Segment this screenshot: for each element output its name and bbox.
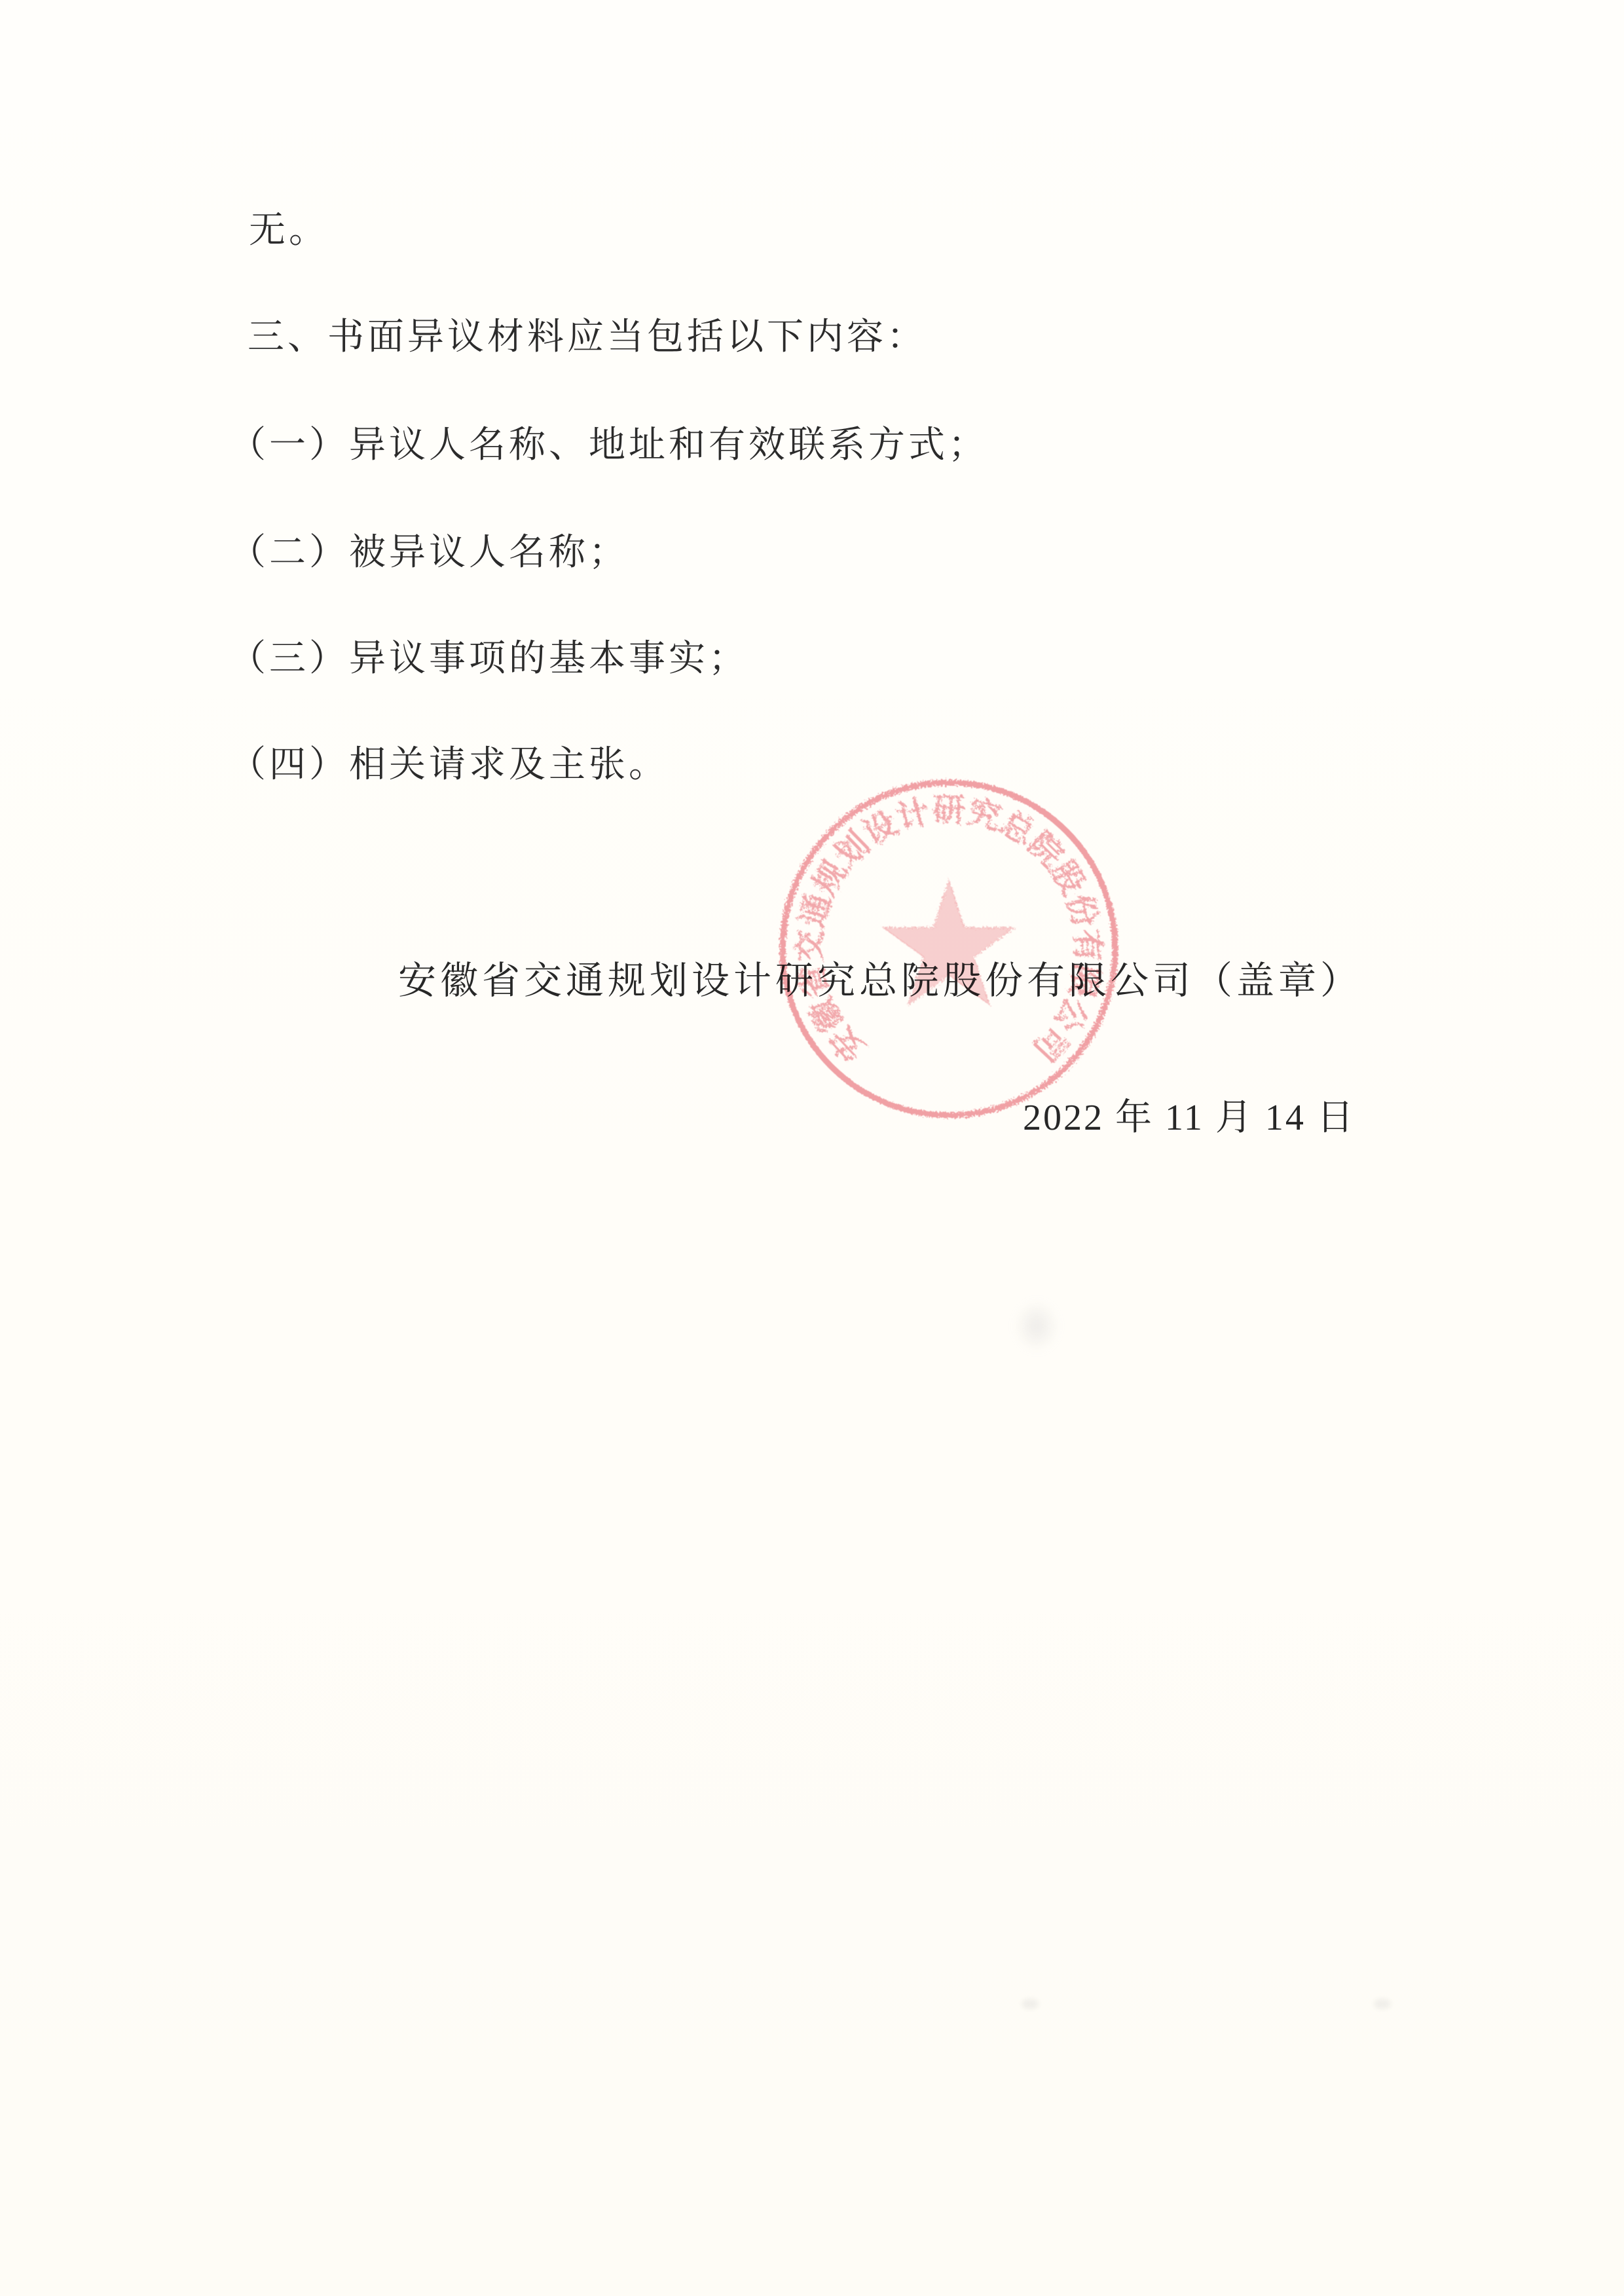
paragraph-section-three-heading: 三、书面异议材料应当包括以下内容： [248,316,927,358]
seal-star-icon [883,880,1014,1005]
scan-smudge-artifact [1014,1300,1060,1352]
seal-arc-character: 有 [1069,929,1106,962]
seal-arc-character: 研 [932,792,965,828]
paragraph-none: 无。 [249,210,329,251]
paragraph-item-four: （四）相关请求及主张。 [229,744,669,786]
scanned-document-page: 无。 三、书面异议材料应当包括以下内容： （一）异议人名称、地址和有效联系方式；… [0,0,1624,2296]
scan-speck-artifact [1022,1999,1039,2009]
company-seal-stamp: 安徽省交通规划设计研究总院股份有限公司 [766,766,1132,1132]
seal-arc-character: 交 [791,929,828,962]
scan-speck-artifact [1374,1999,1391,2009]
paragraph-item-three: （三）异议事项的基本事实； [229,638,748,680]
paragraph-item-two: （二）被异议人名称； [229,532,629,574]
paragraph-item-one: （一）异议人名称、地址和有效联系方式； [229,424,988,466]
